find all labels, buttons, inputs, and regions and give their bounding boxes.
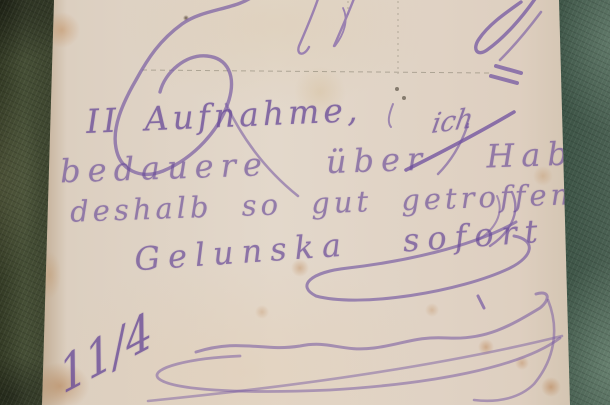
double-dash: [491, 76, 517, 83]
double-dash: [496, 66, 521, 73]
printed-horizontal-line: [142, 70, 491, 73]
descender-stroke: [298, 0, 319, 54]
descender-stroke: [334, 0, 355, 46]
signature-underline-sweep: [148, 336, 562, 401]
photo-of-postcard-back: II Aufnahme, ich bedauere über Habe desh…: [0, 0, 610, 405]
signature-scrawl-stroke: [196, 293, 547, 352]
handwriting-line-1-continued: ich: [429, 103, 475, 141]
top-edge-script-strokes: [298, 0, 355, 54]
signature: [148, 293, 562, 401]
top-right-scribble: [476, 0, 541, 83]
speck-dot: [395, 87, 399, 91]
scribble-stroke: [476, 0, 537, 53]
ink-specks: [395, 87, 406, 100]
speck-dot: [402, 96, 406, 100]
flourish-dash: [478, 296, 484, 308]
ich-tick-stroke: [389, 104, 393, 127]
postcard-back: II Aufnahme, ich bedauere über Habe desh…: [0, 0, 610, 405]
printed-address-lines: [142, 1, 491, 74]
